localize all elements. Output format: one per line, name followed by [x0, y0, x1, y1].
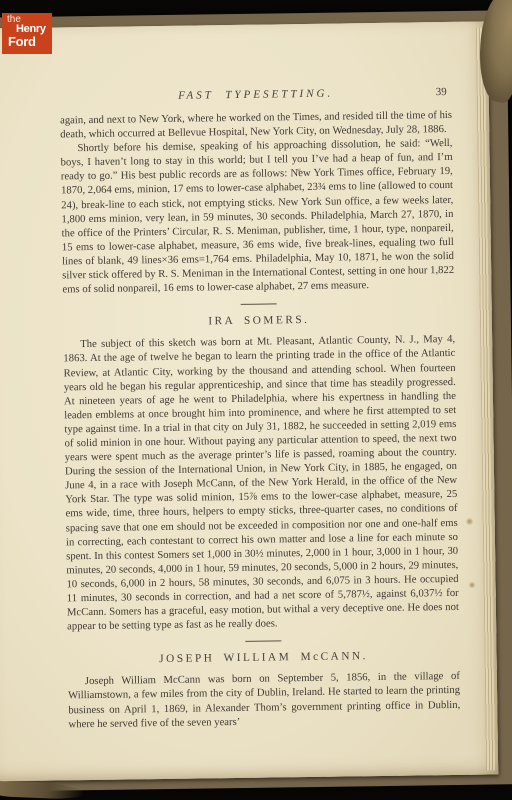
logo-word-ford: Ford: [8, 35, 36, 48]
body-text: again, and next to New York, where he wo…: [60, 108, 461, 731]
page-number: 39: [436, 86, 447, 98]
foxing-spot: [468, 582, 476, 588]
page-header-title: FAST TYPESETTING.: [60, 86, 452, 103]
foxing-spot: [465, 518, 474, 525]
section-divider: [245, 641, 281, 643]
henry-ford-logo: the Henry Ford: [2, 13, 52, 54]
page-content: FAST TYPESETTING. 39 again, and next to …: [60, 86, 461, 759]
section-heading-ira-somers: IRA SOMERS.: [63, 311, 455, 331]
section-divider: [241, 304, 277, 306]
book-page: FAST TYPESETTING. 39 again, and next to …: [0, 21, 498, 781]
scanned-book-photo: FAST TYPESETTING. 39 again, and next to …: [0, 0, 512, 800]
paragraph: Shortly before his demise, speaking of h…: [60, 136, 454, 296]
section-heading-joseph-mccann: JOSEPH WILLIAM McCANN.: [68, 648, 460, 668]
foxing-spot: [296, 168, 302, 173]
paragraph: The subject of this sketch was born at M…: [63, 332, 459, 633]
paragraph: Joseph William McCann was born on Septem…: [68, 669, 461, 731]
